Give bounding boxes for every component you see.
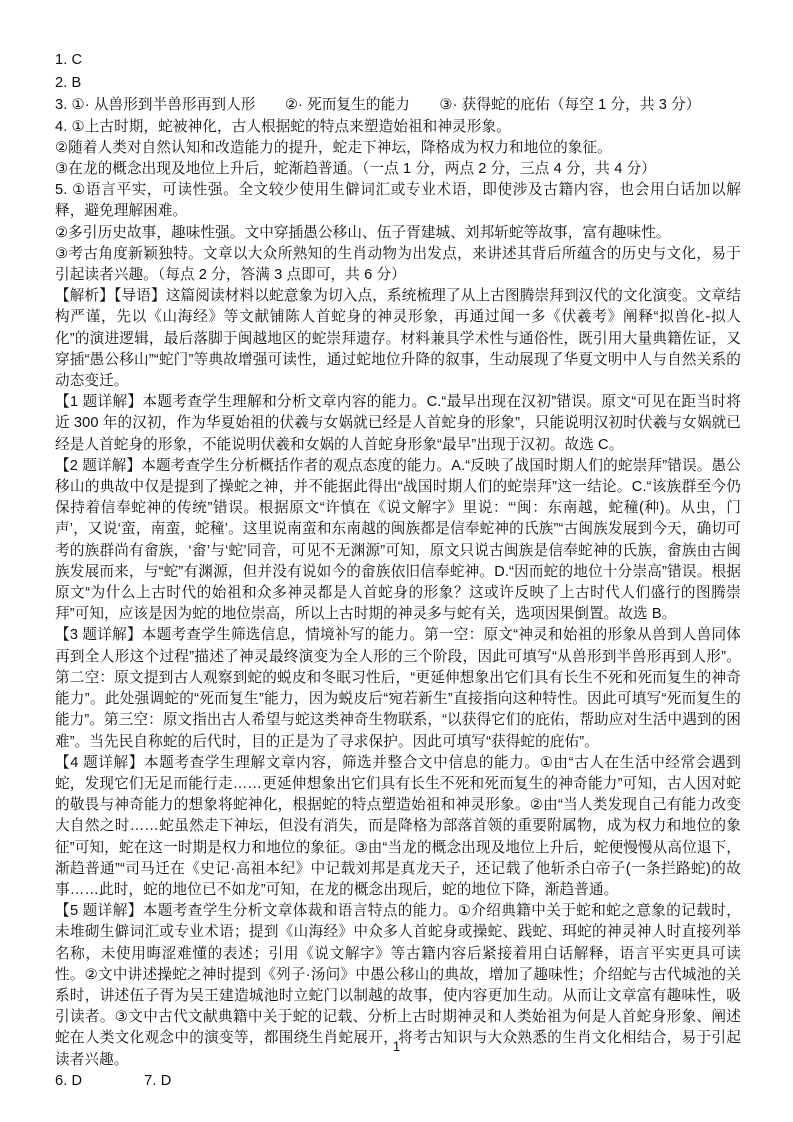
page-number: 1 [0, 1038, 793, 1056]
answer-4-point-1: 4. ①上古时期，蛇被神化，古人根据蛇的特点来塑造始祖和神灵形象。 [55, 117, 741, 138]
analysis-overview: 【解析】【导语】这篇阅读材料以蛇意象为切入点，系统梳理了从上古图腾崇拜到汉代的文… [55, 286, 741, 392]
answer-6-and-7: 6. D7. D [55, 1071, 741, 1092]
answer-5-point-2: ②多引历史故事，趣味性强。文中穿插愚公移山、伍子胥建城、刘邦斩蛇等故事，富有趣味… [55, 223, 741, 244]
answer-4-point-2: ②随着人类对自然认知和改造能力的提升，蛇走下神坛，降格成为权力和地位的象征。 [55, 138, 741, 159]
answer-1: 1. C [55, 50, 741, 71]
explanation-q2: 【2 题详解】本题考查学生分析概括作者的观点态度的能力。A.“反映了战国时期人们… [55, 456, 741, 626]
answer-7: 7. D [144, 1073, 171, 1089]
answer-4-point-3: ③在龙的概念出现及地位上升后，蛇渐趋普通。（一点 1 分，两点 2 分，三点 4… [55, 159, 741, 180]
document-page: 1. C 2. B 3. ①· 从兽形到半兽形再到人形 ②· 死而复生的能力 ③… [0, 0, 793, 1122]
answer-5-point-1: 5. ①语言平实，可读性强。全文较少使用生僻词汇或专业术语，即使涉及古籍内容，也… [55, 180, 741, 222]
explanation-q3: 【3 题详解】本题考查学生筛选信息，情境补写的能力。第一空：原文“神灵和始祖的形… [55, 625, 741, 752]
explanation-q1: 【1 题详解】本题考查学生理解和分析文章内容的能力。C.“最早出现在汉初”错误。… [55, 392, 741, 456]
answer-2: 2. B [55, 73, 741, 94]
explanation-q4: 【4 题详解】本题考查学生理解文章内容，筛选并整合文中信息的能力。①由“古人在生… [55, 753, 741, 901]
answer-6: 6. D [55, 1073, 82, 1089]
answer-3: 3. ①· 从兽形到半兽形再到人形 ②· 死而复生的能力 ③· 获得蛇的庇佑（每… [55, 95, 741, 116]
answer-5-point-3: ③考古角度新颖独特。文章以大众所熟知的生肖动物为出发点，来讲述其背后所蕴含的历史… [55, 244, 741, 286]
document-content: 1. C 2. B 3. ①· 从兽形到半兽形再到人形 ②· 死而复生的能力 ③… [55, 50, 741, 1092]
